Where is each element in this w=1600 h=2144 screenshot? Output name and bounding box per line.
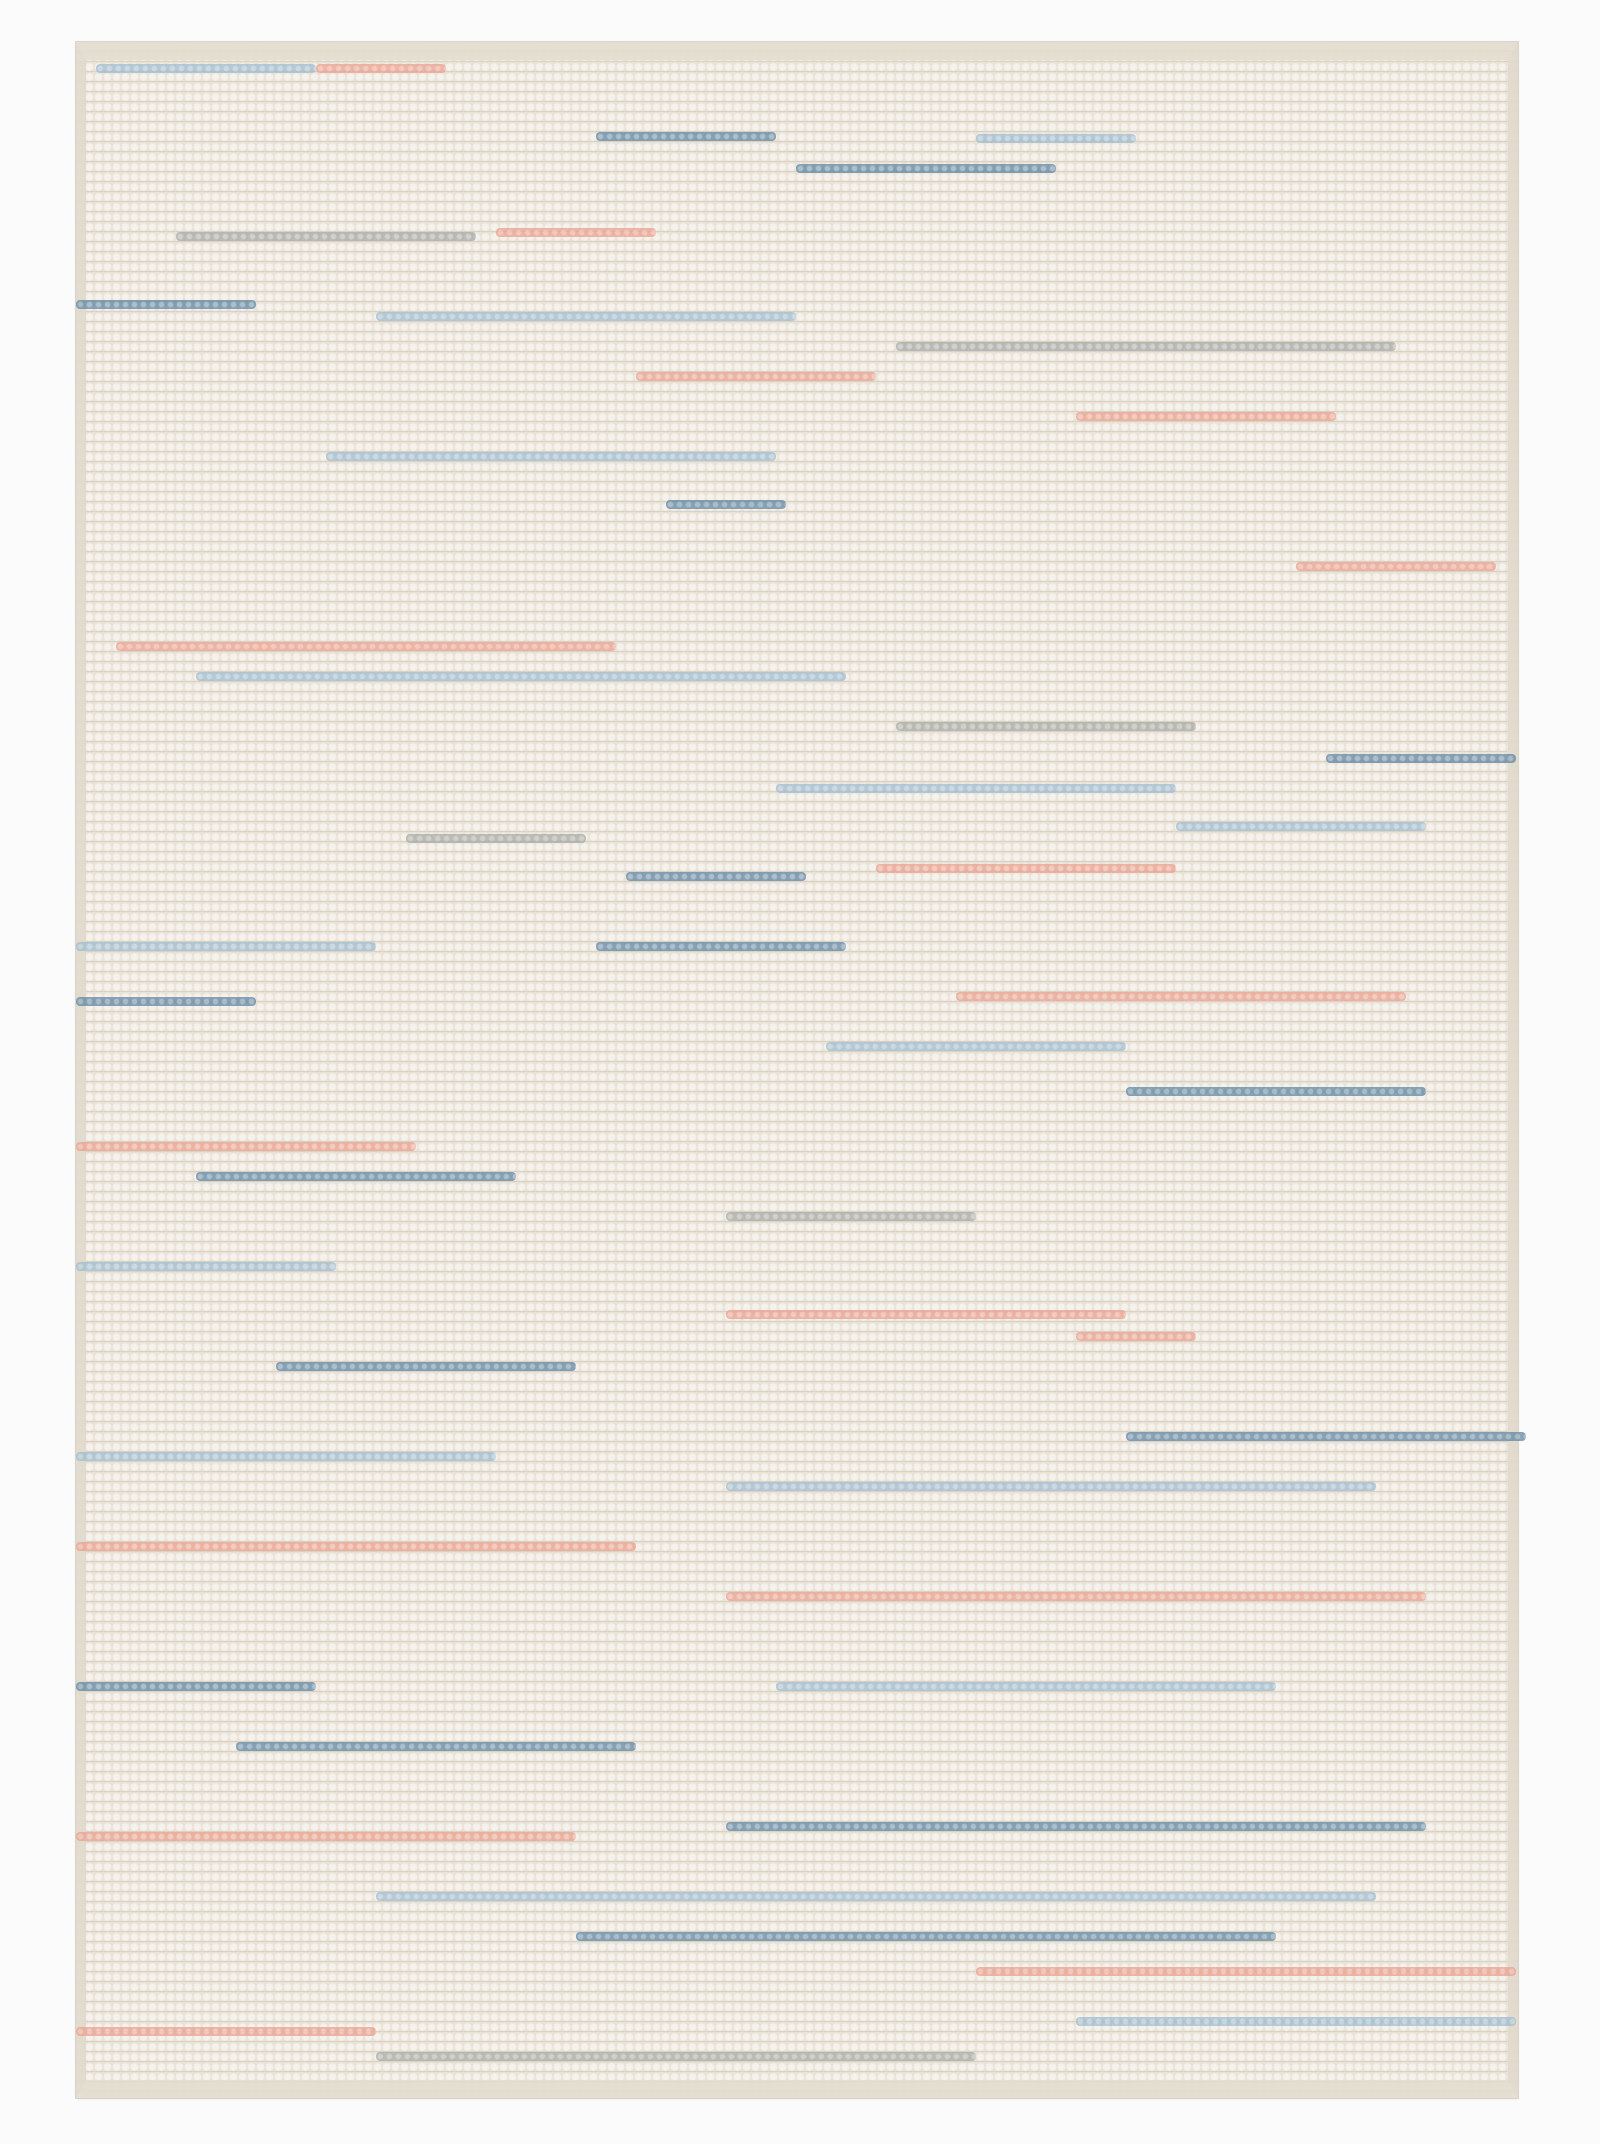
rug-color-streak bbox=[76, 1452, 496, 1461]
rug-color-streak bbox=[596, 942, 846, 951]
rug-color-streak bbox=[576, 1932, 1276, 1941]
rug-color-streak bbox=[726, 1212, 976, 1221]
rug-color-streak bbox=[496, 228, 656, 237]
rug-color-streak bbox=[196, 1172, 516, 1181]
rug-color-streak bbox=[726, 1592, 1426, 1601]
rug-color-streak bbox=[236, 1742, 636, 1751]
rug-color-streak bbox=[376, 312, 796, 321]
rug-color-streak bbox=[1076, 1332, 1196, 1341]
rug-color-streak bbox=[976, 134, 1136, 143]
rug-color-streak bbox=[1076, 412, 1336, 421]
rug-color-streak bbox=[626, 872, 806, 881]
rug-color-streak bbox=[1076, 2017, 1516, 2026]
rug-color-streak bbox=[76, 300, 256, 309]
rug-color-streak bbox=[76, 1542, 636, 1551]
rug-color-streak bbox=[76, 1832, 576, 1841]
rug-color-streak bbox=[376, 1892, 1376, 1901]
rug-color-streak bbox=[636, 372, 876, 381]
rug-color-streak bbox=[176, 232, 476, 241]
rug-color-streak bbox=[76, 1682, 316, 1691]
rug-color-streak bbox=[976, 1967, 1516, 1976]
rug-color-streak bbox=[376, 2052, 976, 2061]
rug-color-streak bbox=[76, 997, 256, 1006]
rug-color-streak bbox=[1326, 754, 1516, 763]
rug-color-streak bbox=[896, 342, 1396, 351]
rug-color-streak bbox=[1296, 562, 1496, 571]
rug-color-streak bbox=[776, 1682, 1276, 1691]
rug-color-streak bbox=[1126, 1432, 1526, 1441]
rug-color-streak bbox=[76, 2027, 376, 2036]
rug-color-streak bbox=[276, 1362, 576, 1371]
rug-color-streak bbox=[196, 672, 846, 681]
rug-color-streak bbox=[1126, 1087, 1426, 1096]
rug-color-streak bbox=[726, 1310, 1126, 1319]
rug-color-streak bbox=[116, 642, 616, 651]
woven-rug-image bbox=[76, 42, 1518, 2098]
rug-color-streak bbox=[796, 164, 1056, 173]
rug-color-streak bbox=[76, 1262, 336, 1271]
rug-color-streak bbox=[776, 784, 1176, 793]
rug-color-streak bbox=[666, 500, 786, 509]
rug-color-streak bbox=[876, 864, 1176, 873]
rug-color-streak bbox=[316, 64, 446, 73]
rug-color-streak bbox=[326, 452, 776, 461]
rug-color-streak bbox=[76, 942, 376, 951]
rug-color-streak bbox=[826, 1042, 1126, 1051]
rug-color-streak bbox=[726, 1822, 1426, 1831]
rug-color-streak bbox=[1176, 822, 1426, 831]
rug-color-streak bbox=[596, 132, 776, 141]
rug-color-streak bbox=[956, 992, 1406, 1001]
rug-color-streak bbox=[406, 834, 586, 843]
rug-color-streak bbox=[726, 1482, 1376, 1491]
rug-color-streak bbox=[76, 1142, 416, 1151]
rug-color-streak bbox=[96, 64, 316, 73]
rug-color-streak bbox=[896, 722, 1196, 731]
